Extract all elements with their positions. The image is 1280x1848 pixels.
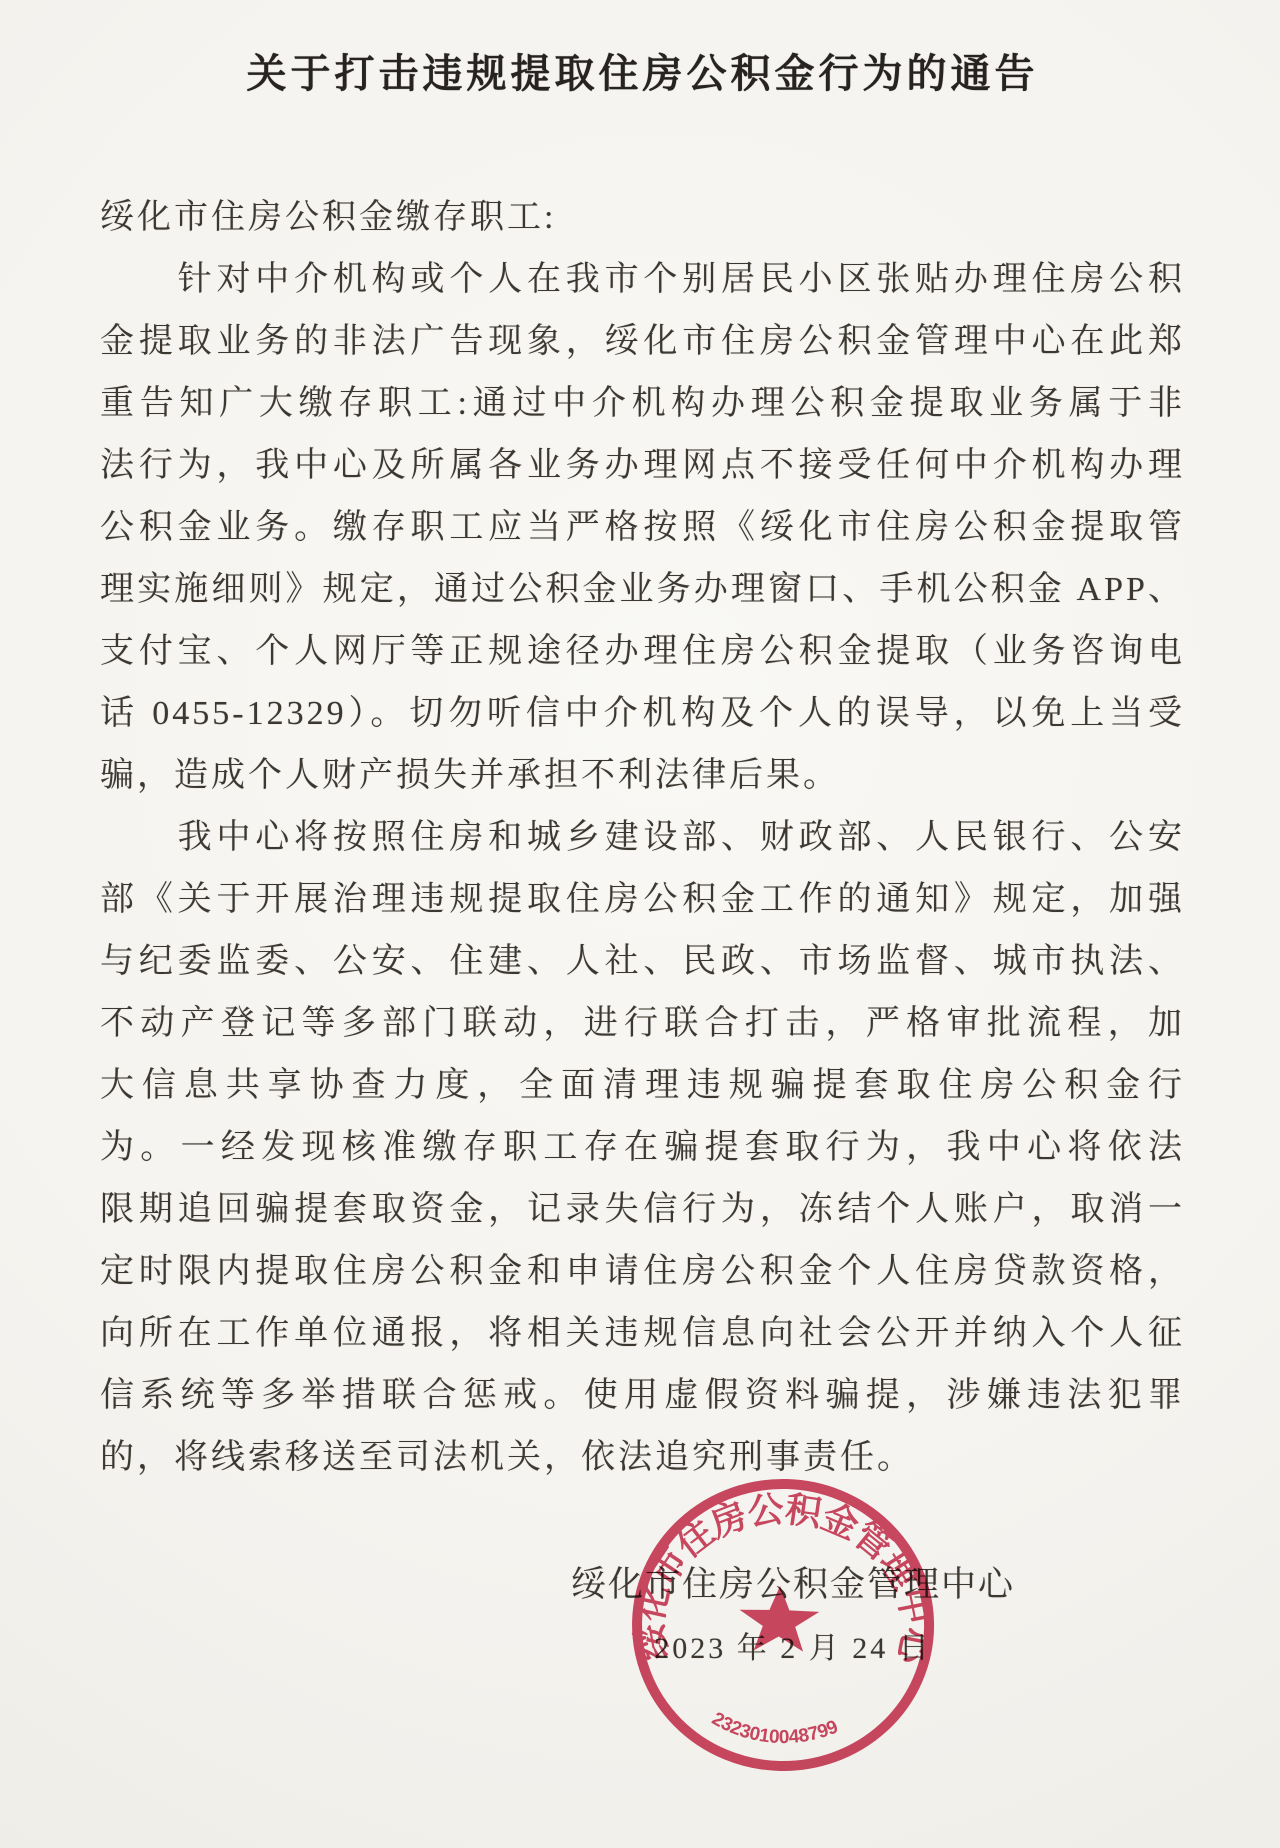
doc-line: 支付宝、个人网厅等正规途径办理住房公积金提取（业务咨询电 [100,621,1185,683]
doc-line: 限期追回骗提套取资金，记录失信行为，冻结个人账户，取消一 [100,1179,1185,1241]
doc-line: 部《关于开展治理违规提取住房公积金工作的通知》规定，加强 [100,869,1185,931]
notice-body: 绥化市住房公积金缴存职工: 针对中介机构或个人在我市个别居民小区张贴办理住房公积… [100,187,1185,1489]
doc-line: 与纪委监委、公安、住建、人社、民政、市场监督、城市执法、 [100,931,1185,993]
doc-line: 重告知广大缴存职工:通过中介机构办理公积金提取业务属于非 [100,373,1185,435]
doc-line: 向所在工作单位通报，将相关违规信息向社会公开并纳入个人征 [100,1303,1185,1365]
doc-line: 金提取业务的非法广告现象，绥化市住房公积金管理中心在此郑 [100,311,1185,373]
doc-line: 公积金业务。缴存职工应当严格按照《绥化市住房公积金提取管 [100,497,1185,559]
notice-title: 关于打击违规提取住房公积金行为的通告 [100,42,1185,99]
paragraph-2: 我中心将按照住房和城乡建设部、财政部、人民银行、公安部《关于开展治理违规提取住房… [100,807,1185,1489]
doc-line: 针对中介机构或个人在我市个别居民小区张贴办理住房公积 [100,249,1185,311]
salutation-line: 绥化市住房公积金缴存职工: [100,187,1185,249]
seal-star [738,1585,819,1652]
seal-arc-text: 绥化市住房公积金管理中心 [628,1484,941,1671]
official-seal-stamp: 绥化市住房公积金管理中心 2323010048799 [611,1458,956,1797]
doc-line: 信系统等多举措联合惩戒。使用虚假资料骗提，涉嫌违法犯罪 [100,1365,1185,1427]
doc-line: 大信息共享协查力度，全面清理违规骗提套取住房公积金行 [100,1055,1185,1117]
doc-line: 法行为，我中心及所属各业务办理网点不接受任何中介机构办理 [100,435,1185,497]
seal-serial-number: 2323010048799 [708,1708,843,1750]
doc-line: 定时限内提取住房公积金和申请住房公积金个人住房贷款资格， [100,1241,1185,1303]
scanned-notice-page: 关于打击违规提取住房公积金行为的通告 绥化市住房公积金缴存职工: 针对中介机构或… [0,0,1280,1848]
doc-line: 我中心将按照住房和城乡建设部、财政部、人民银行、公安 [100,807,1185,869]
doc-line: 骗，造成个人财产损失并承担不利法律后果。 [100,745,1185,807]
doc-line: 为。一经发现核准缴存职工存在骗提套取行为，我中心将依法 [100,1117,1185,1179]
paragraph-1: 针对中介机构或个人在我市个别居民小区张贴办理住房公积金提取业务的非法广告现象，绥… [100,249,1185,807]
doc-line: 话 0455-12329）。切勿听信中介机构及个人的误导，以免上当受 [100,683,1185,745]
doc-line: 不动产登记等多部门联动，进行联合打击，严格审批流程，加 [100,993,1185,1055]
doc-line: 理实施细则》规定，通过公积金业务办理窗口、手机公积金 APP、 [100,559,1185,621]
